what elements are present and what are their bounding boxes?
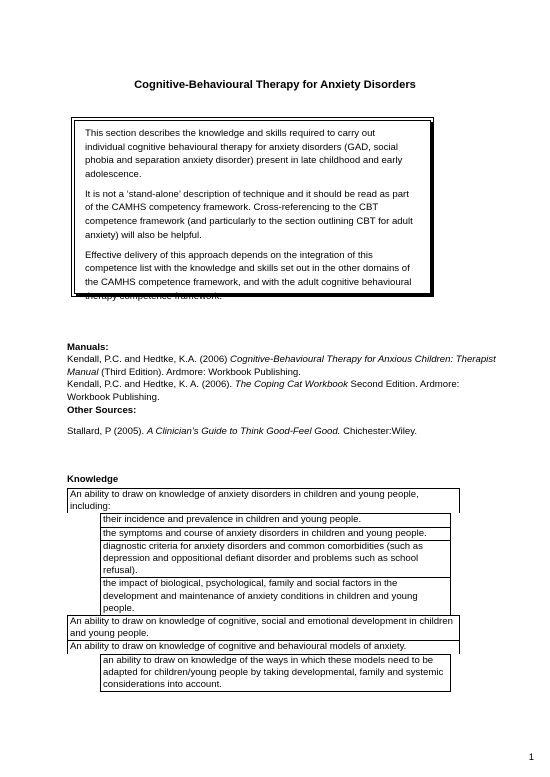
- document-page: Cognitive-Behavioural Therapy for Anxiet…: [0, 0, 550, 777]
- page-number: 1: [529, 752, 534, 763]
- knowledge-table: An ability to draw on knowledge of anxie…: [67, 488, 460, 692]
- reference: Stallard, P (2005). A Clinician’s Guide …: [67, 426, 497, 438]
- table-row: the symptoms and course of anxiety disor…: [100, 527, 451, 540]
- intro-paragraph: This section describes the knowledge and…: [85, 127, 416, 181]
- intro-paragraph: Effective delivery of this approach depe…: [85, 249, 416, 303]
- other-sources-heading: Other Sources:: [67, 405, 497, 417]
- knowledge-heading: Knowledge: [67, 474, 497, 486]
- reference: Kendall, P.C. and Hedtke, K.A. (2006) Co…: [67, 354, 497, 379]
- manuals-heading: Manuals:: [67, 342, 497, 354]
- intro-paragraph: It is not a ‘stand-alone’ description of…: [85, 188, 416, 242]
- manuals-section: Manuals: Kendall, P.C. and Hedtke, K.A. …: [67, 342, 497, 404]
- intro-box: This section describes the knowledge and…: [74, 120, 431, 294]
- table-row: an ability to draw on knowledge of the w…: [100, 654, 451, 693]
- table-row: An ability to draw on knowledge of anxie…: [67, 488, 460, 513]
- table-row: the impact of biological, psychological,…: [100, 577, 451, 615]
- table-row: An ability to draw on knowledge of cogni…: [67, 615, 460, 640]
- table-row: their incidence and prevalence in childr…: [100, 513, 451, 526]
- table-row: An ability to draw on knowledge of cogni…: [67, 640, 460, 653]
- other-sources-section: Other Sources: Stallard, P (2005). A Cli…: [67, 405, 497, 439]
- reference: Kendall, P.C. and Hedtke, K. A. (2006). …: [67, 379, 497, 404]
- document-title: Cognitive-Behavioural Therapy for Anxiet…: [0, 79, 550, 91]
- table-row: diagnostic criteria for anxiety disorder…: [100, 540, 451, 578]
